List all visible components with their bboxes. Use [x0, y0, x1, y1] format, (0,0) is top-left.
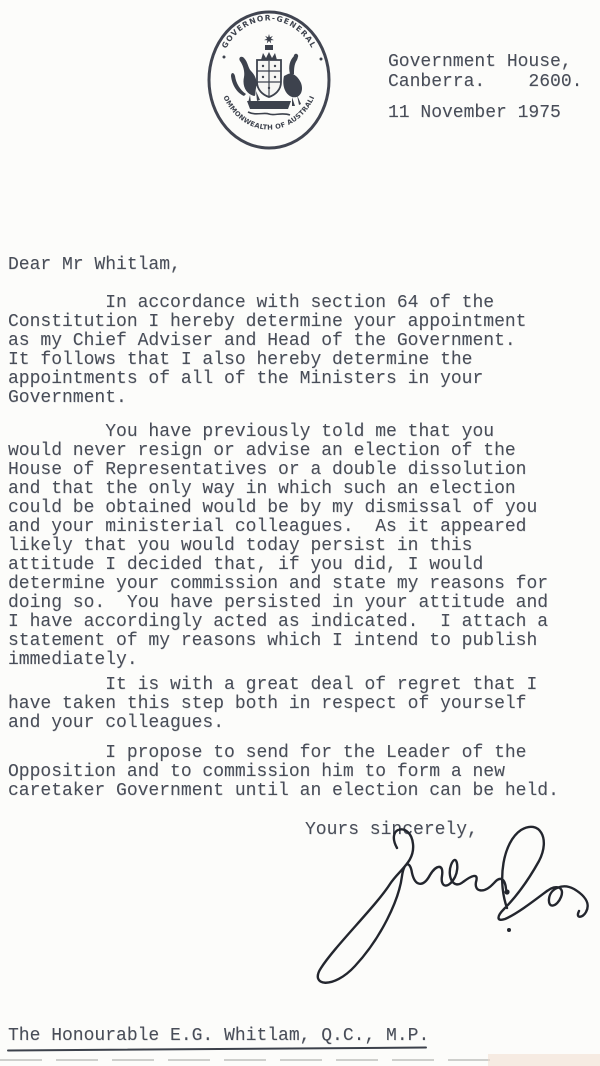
- seal-left-dot: [223, 56, 226, 59]
- paragraph-4: I propose to send for the Leader of the …: [8, 744, 559, 801]
- coat-of-arms-icon: [231, 34, 302, 115]
- governor-general-seal: GOVERNOR-GENERAL COMMONWEALTH OF AUSTRAL…: [204, 8, 334, 152]
- salutation: Dear Mr Whitlam,: [8, 256, 181, 275]
- recipient-name: The Honourable E.G. Whitlam, Q.C., M.P.: [8, 1027, 429, 1046]
- seal-top-text: GOVERNOR-GENERAL: [220, 13, 318, 49]
- paragraph-1: In accordance with section 64 of the Con…: [8, 294, 526, 408]
- sender-address: Government House, Canberra. 2600.: [388, 52, 582, 92]
- letter-date: 11 November 1975: [388, 104, 561, 123]
- scan-artifact-line: [0, 1059, 492, 1061]
- seal-right-dot: [320, 58, 323, 61]
- recipient-underline-rule: [7, 1047, 427, 1052]
- svg-text:GOVERNOR-GENERAL: GOVERNOR-GENERAL: [220, 13, 318, 49]
- paragraph-3: It is with a great deal of regret that I…: [8, 676, 537, 733]
- sender-address-line1: Government House,: [388, 52, 582, 72]
- signature-john-kerr: [293, 816, 600, 1002]
- paragraph-2: You have previously told me that you wou…: [8, 423, 548, 670]
- signature-dot: [507, 928, 511, 932]
- letter-page: GOVERNOR-GENERAL COMMONWEALTH OF AUSTRAL…: [0, 0, 600, 1066]
- sender-address-line2: Canberra. 2600.: [388, 72, 582, 92]
- scan-artifact-patch: [488, 1054, 600, 1066]
- signature-ink-blot: [504, 889, 509, 894]
